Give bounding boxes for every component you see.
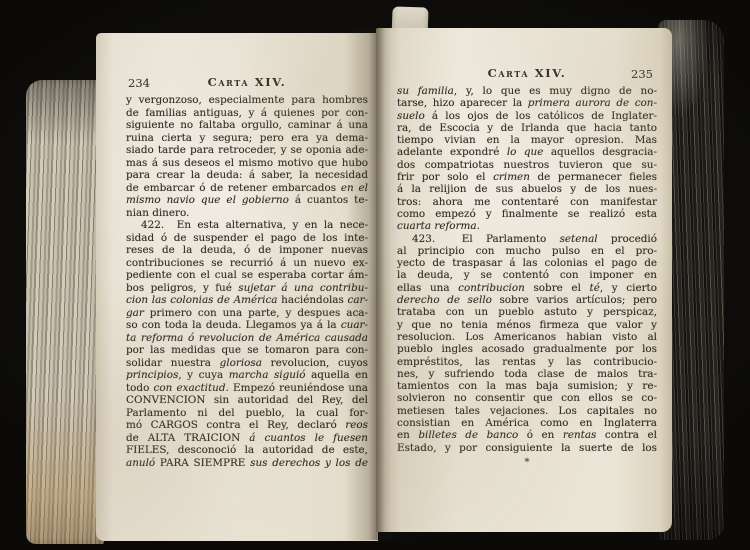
text-line: siado tarde para retroceder, y se oponia… xyxy=(126,144,368,157)
left-page-text: y vergonzoso, especialmente para hombres… xyxy=(126,94,368,469)
page-number-right: 235 xyxy=(631,67,653,81)
text-line: su familia, y, lo que es muy digno de no… xyxy=(397,85,657,97)
text-line: ellas una contribucion sobre el té, y ci… xyxy=(397,282,657,294)
text-line: de familias antiguas, y á quienes por co… xyxy=(126,107,368,120)
open-book-photo: 234 Carta XIV. y vergonzoso, especialmen… xyxy=(0,0,750,550)
text-line: FIELES, desconoció la autoridad de este, xyxy=(126,444,368,457)
text-line: derecho de sello sobre varios artículos;… xyxy=(397,294,657,306)
text-line: tiempo vivian en la mayor opresion. Mas xyxy=(397,134,657,146)
left-page: 234 Carta XIV. y vergonzoso, especialmen… xyxy=(96,33,378,541)
text-line: Estado, y por consiguiente la suerte de … xyxy=(397,442,657,454)
text-line: mó CARGOS contra el Rey, declaró reos xyxy=(126,419,368,432)
text-line: nian dinero. xyxy=(126,207,368,220)
text-line: so con toda la deuda. Llegamos ya á la c… xyxy=(126,319,368,332)
text-line: ra, de Escocia y de Irlanda que hacia ta… xyxy=(397,122,657,134)
text-line: pueblo ingles acosado gradualmente por l… xyxy=(397,343,657,355)
text-line: reses de la deuda, ó de imponer nuevas xyxy=(126,244,368,257)
text-line: bos peligros, y fué sujetar á una contri… xyxy=(126,282,368,295)
text-line: á la relijion de sus abuelos y de los nu… xyxy=(397,183,657,195)
right-page-text: su familia, y, lo que es muy digno de no… xyxy=(397,85,657,454)
text-line: y que no tenia ménos firmeza que valor y xyxy=(397,319,657,331)
text-line: suelo á los ojos de los católicos de Ing… xyxy=(397,110,657,122)
text-line: de ALTA TRAICION á cuantos le fuesen xyxy=(126,432,368,445)
text-line: nes, y sufriendo toda clase de malos tra… xyxy=(397,368,657,380)
text-line: cuarta reforma. xyxy=(397,220,657,232)
text-line: metiesen tales vejaciones. Los capitales… xyxy=(397,405,657,417)
text-line: al principio con mucho pulso en el pro- xyxy=(397,245,657,257)
text-line: resolucion. Los Americanos habian visto … xyxy=(397,331,657,343)
text-line: mismo navio que el gobierno á cuantos te… xyxy=(126,194,368,207)
text-line: cion las colonias de América haciéndolas… xyxy=(126,294,368,307)
text-line: de embarcar ó de retener embarcados en e… xyxy=(126,182,368,195)
text-line: principios, y cuya marcha siguió aquella… xyxy=(126,369,368,382)
text-line: trataba con un pueblo astuto y perspicaz… xyxy=(397,306,657,318)
signature-mark: * xyxy=(397,456,657,468)
right-page: Carta XIV. 235 su familia, y, lo que es … xyxy=(376,28,672,532)
text-line: 423. El Parlamento setenal procedió xyxy=(397,233,657,245)
left-page-header: 234 Carta XIV. xyxy=(126,75,368,90)
running-title-right: Carta XIV. xyxy=(488,66,567,80)
text-line: empréstitos, las rentas y las contribuci… xyxy=(397,356,657,368)
text-line: solidar nuestra gloriosa revolucion, cuy… xyxy=(126,357,368,370)
text-line: por las medidas que se tomaron para con- xyxy=(126,344,368,357)
text-line: adelante expondré lo que aquellos desgra… xyxy=(397,146,657,158)
text-line: consistian en América como en Inglaterra xyxy=(397,417,657,429)
text-line: CONVENCION sin autoridad del Rey, del xyxy=(126,394,368,407)
text-line: siguiente no faltaba orgullo, caminar á … xyxy=(126,119,368,132)
text-line: ta reforma ó revolucion de América causa… xyxy=(126,332,368,345)
text-line: la deuda, y se contentó con imponer en xyxy=(397,269,657,281)
right-page-header: Carta XIV. 235 xyxy=(397,66,657,81)
text-line: dos compatriotas nuestros tuvieron que s… xyxy=(397,159,657,171)
text-line: para crear la deuda: á saber, la necesid… xyxy=(126,169,368,182)
text-line: como empezó y finalmente se realizó esta xyxy=(397,208,657,220)
text-line: todo con exactitud. Empezó reuniéndose u… xyxy=(126,382,368,395)
text-line: solvieron no consentir que con ellos se … xyxy=(397,392,657,404)
text-line: ruina cierta y segura; pero era ya dema- xyxy=(126,132,368,145)
text-line: pediente con el cual se esperaba cortar … xyxy=(126,269,368,282)
text-line: tamientos con la mas baja sumision; y re… xyxy=(397,380,657,392)
page-number-left: 234 xyxy=(128,76,150,90)
text-line: frir por solo el crimen de permanecer fi… xyxy=(397,171,657,183)
text-line: Parlamento ni del pueblo, la cual for- xyxy=(126,407,368,420)
text-line: en billetes de banco ó en rentas contra … xyxy=(397,429,657,441)
left-fore-edge-pages xyxy=(26,80,104,544)
running-title-left: Carta XIV. xyxy=(208,75,287,89)
text-line: tarse, hizo aparecer la primera aurora d… xyxy=(397,97,657,109)
text-line: yecto de traspasar á las colonias el pag… xyxy=(397,257,657,269)
text-line: anuló PARA SIEMPRE sus derechos y los de xyxy=(126,457,368,470)
text-line: y vergonzoso, especialmente para hombres xyxy=(126,94,368,107)
text-line: gar primero con una parte, y despues aca… xyxy=(126,307,368,320)
left-page-content: 234 Carta XIV. y vergonzoso, especialmen… xyxy=(96,33,378,541)
text-line: 422. En esta alternativa, y en la nece- xyxy=(126,219,368,232)
text-line: sidad ó de suspender el pago de los inte… xyxy=(126,232,368,245)
text-line: contribuciones se recurrió á un nuevo ex… xyxy=(126,257,368,270)
text-line: tros: ahora me contentaré con manifestar xyxy=(397,196,657,208)
text-line: mas á sus deseos el mismo motivo que hub… xyxy=(126,157,368,170)
right-page-content: Carta XIV. 235 su familia, y, lo que es … xyxy=(376,28,672,532)
